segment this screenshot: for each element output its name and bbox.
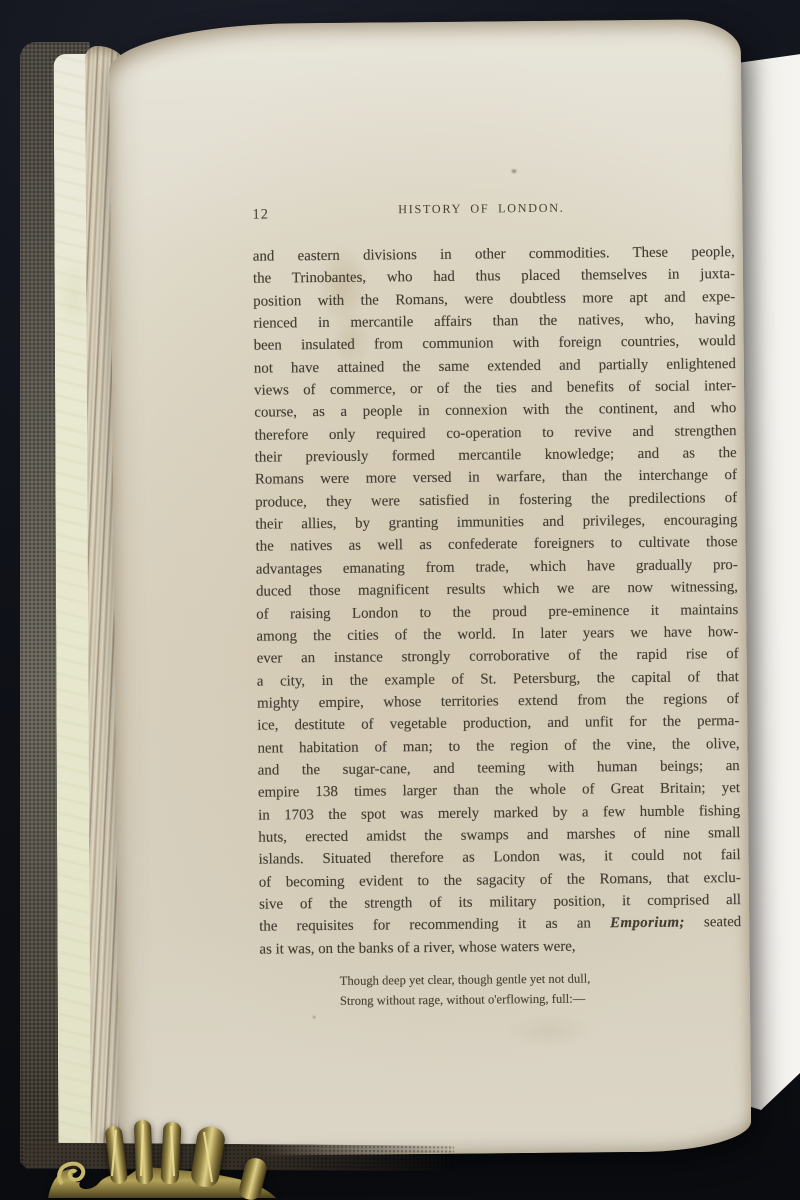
emporium-word: Emporium; (610, 915, 685, 932)
verse-quote: Though deep yet clear, though gentle yet… (340, 967, 720, 1011)
emporium-pre: the requisites for recommending it as an (259, 916, 610, 935)
photo-background: 12 HISTORY OF LONDON. and eastern divisi… (0, 0, 800, 1200)
brass-book-stand (46, 1106, 312, 1200)
quote-line: Strong without rage, without o'erflowing… (340, 987, 720, 1011)
book-page: 12 HISTORY OF LONDON. and eastern divisi… (109, 19, 752, 1157)
emporium-post: seated (685, 914, 742, 931)
printed-content: 12 HISTORY OF LONDON. and eastern divisi… (252, 195, 734, 230)
body-line-emporium: the requisites for recommending it as an… (259, 911, 741, 938)
body-line: as it was, on the banks of a river, whos… (259, 934, 741, 961)
running-title: HISTORY OF LONDON. (240, 199, 722, 219)
body-text: and eastern divisions in other commoditi… (253, 241, 742, 961)
running-head: 12 HISTORY OF LONDON. (252, 195, 734, 230)
